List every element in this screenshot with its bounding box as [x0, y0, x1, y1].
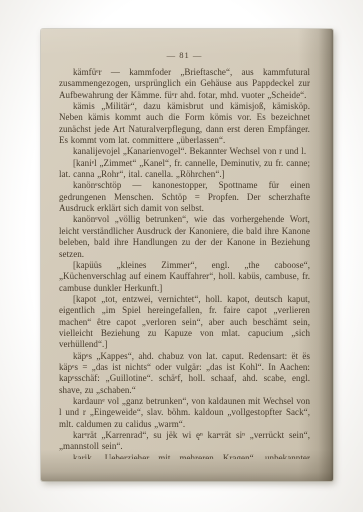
paragraph: [kapüüs „kleines Zimmer“, engl. „the cab… — [59, 260, 310, 294]
paragraph: [kapot „tot, entzwei, vernichtet“, holl.… — [59, 294, 310, 351]
paragraph: [kaniᵉl „Zimmet“ „Kanel“, fr. cannelle, … — [59, 158, 310, 181]
book-page: — 81 — kämfüᵉr — kammfoder „Brieftasche“… — [41, 29, 333, 481]
paragraph: kardaunᵉ vol „ganz betrunken“, von kalda… — [59, 396, 310, 430]
page-number: — 81 — — [59, 50, 310, 60]
paragraph: karᵉrät „Karrenrad“, su jëk wi ęⁿ karᵉrä… — [59, 430, 310, 453]
paragraph: kanönᵉschtöp — kanonestopper, Spottname … — [59, 180, 310, 214]
page-content: — 81 — kämfüᵉr — kammfoder „Brieftasche“… — [59, 50, 310, 463]
paragraph: kämis „Militär“, dazu kämisbrut und kämi… — [59, 101, 310, 146]
paragraph: kanalijevojel „Kanarienvogel“. Bekannter… — [59, 146, 310, 157]
paragraph: kämfüᵉr — kammfoder „Brieftasche“, aus k… — [59, 67, 310, 101]
paragraph: karik „Ueberzieher mit mehreren Kragen“,… — [59, 453, 310, 459]
paragraph: kanönᵉvol „völlig betrunken“, wie das vo… — [59, 214, 310, 259]
paragraph: käpᵉs „Kappes“, ahd. chabuz von lat. cap… — [59, 351, 310, 396]
scan-background: — 81 — kämfüᵉr — kammfoder „Brieftasche“… — [0, 0, 363, 512]
page-text: kämfüᵉr — kammfoder „Brieftasche“, aus k… — [59, 67, 310, 459]
